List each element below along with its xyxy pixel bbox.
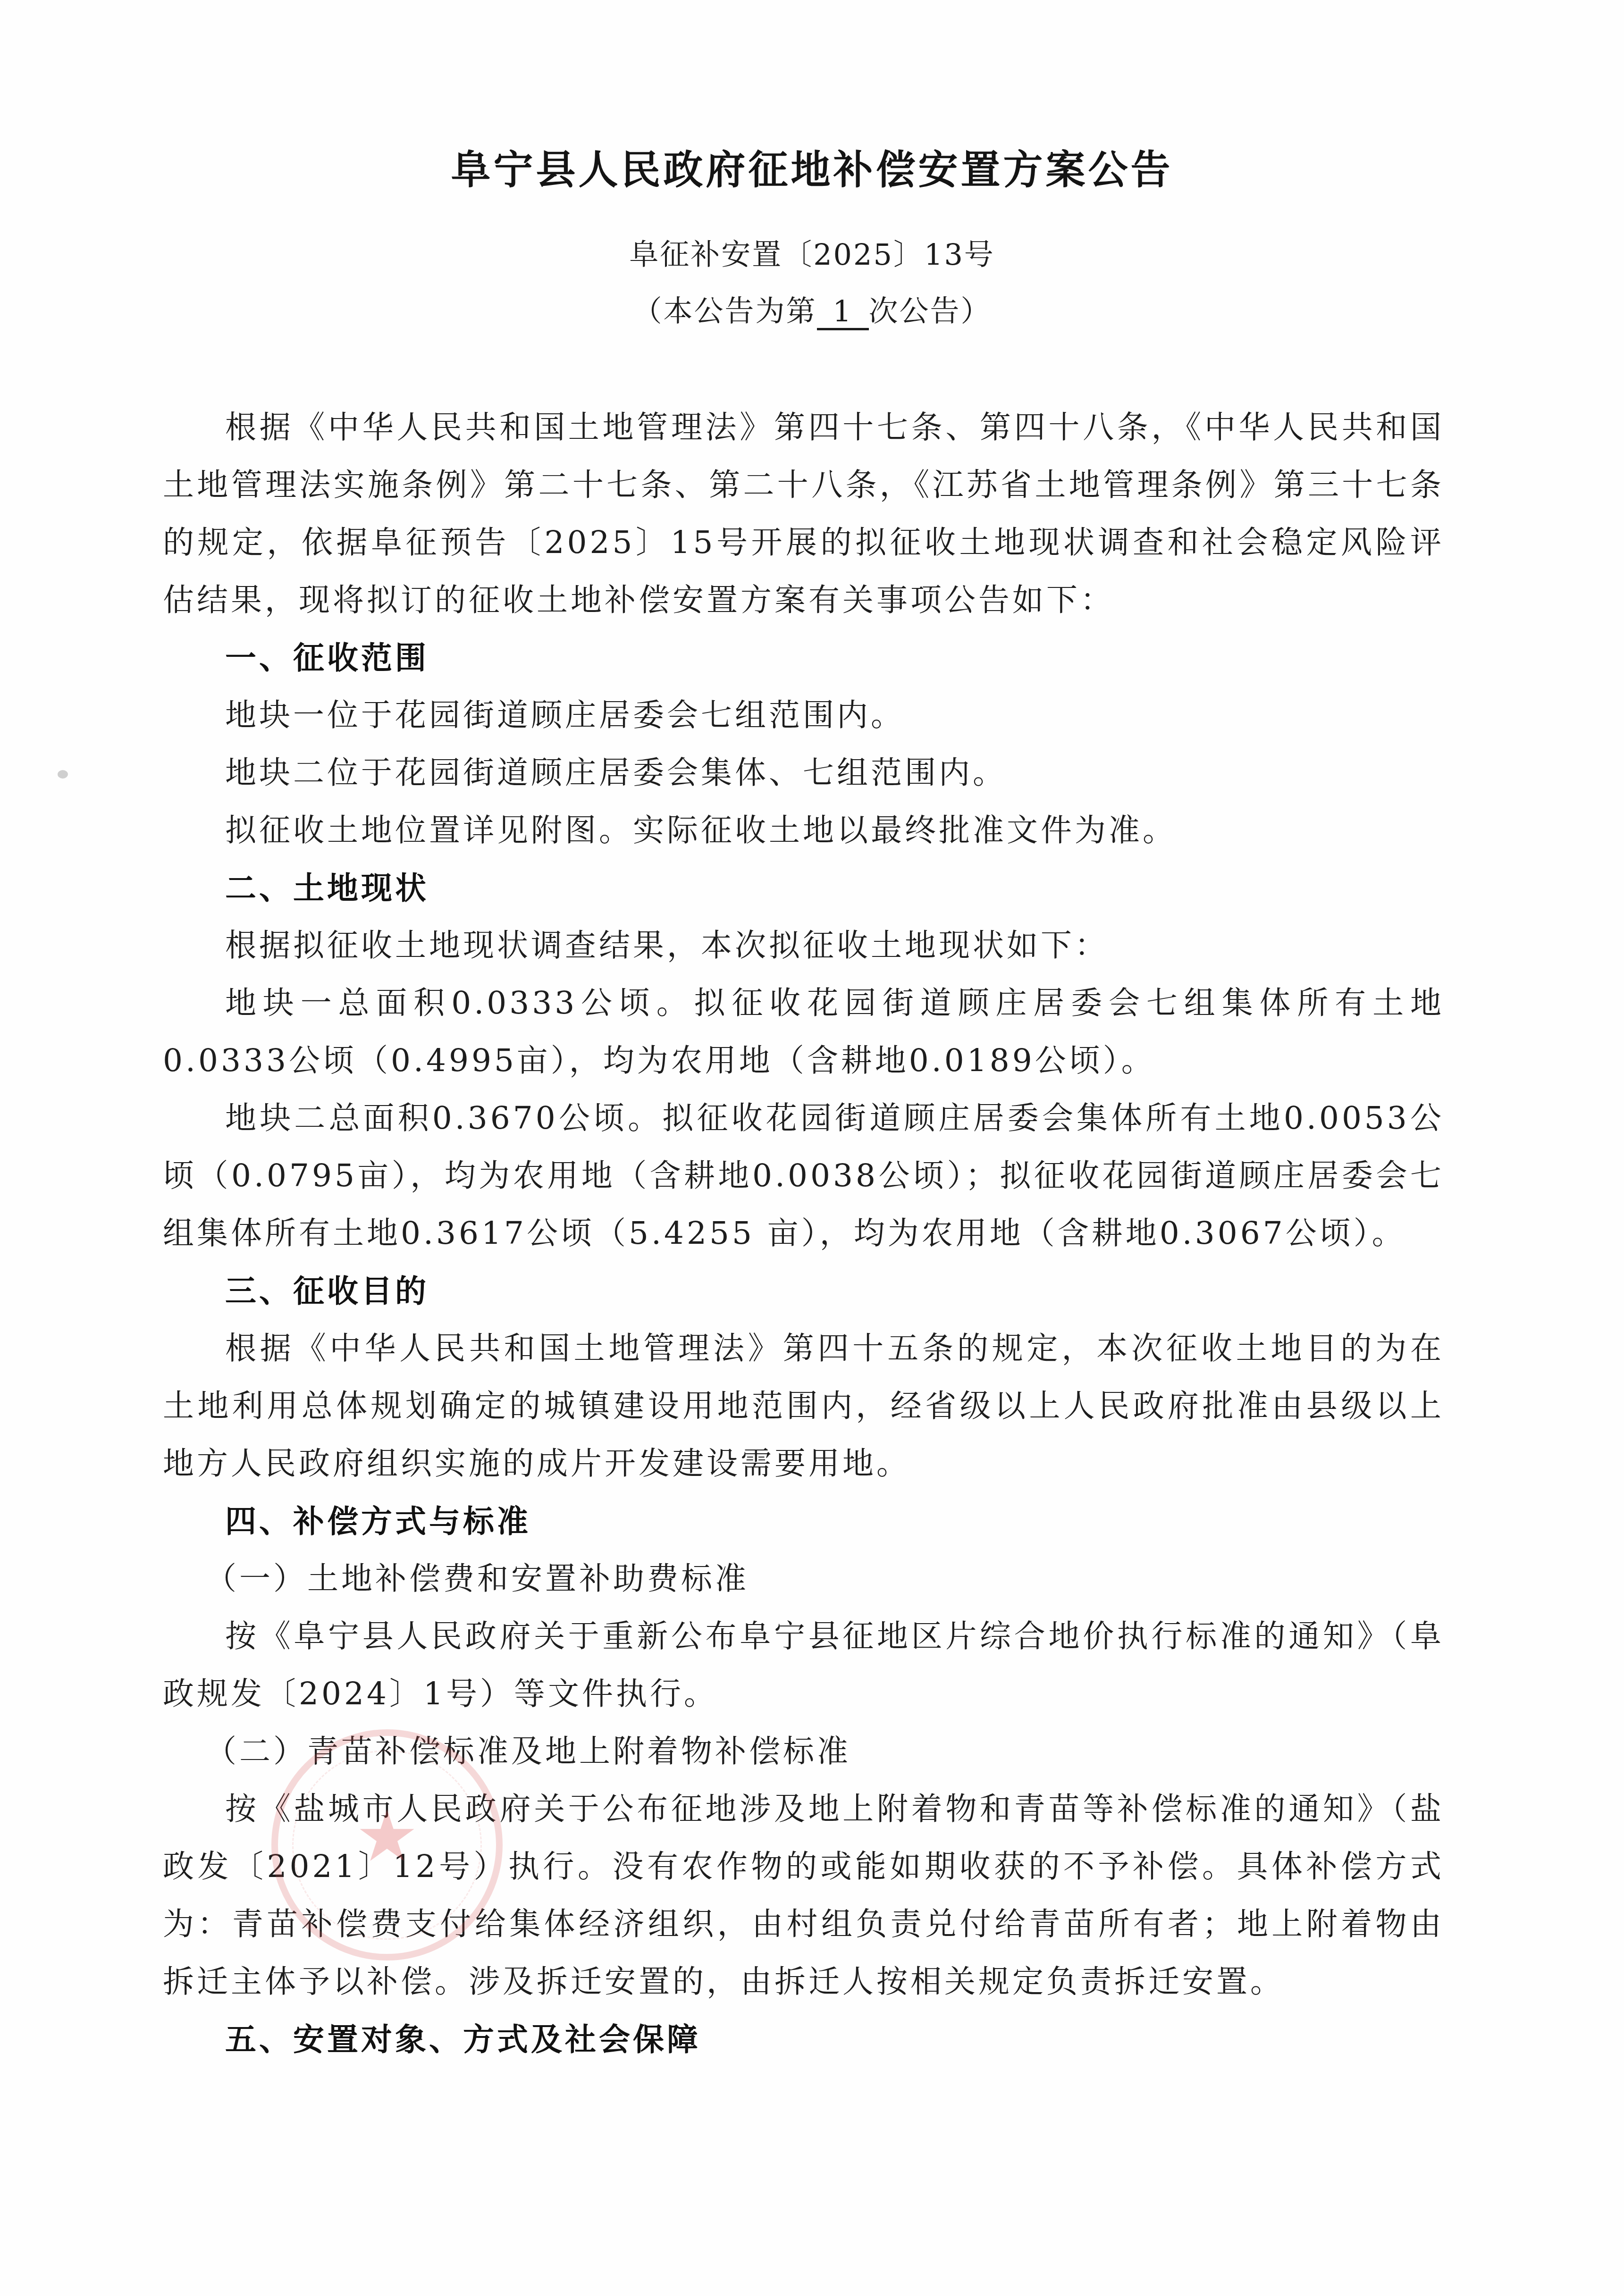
document-number: 阜征补安置〔2025〕13号 xyxy=(0,234,1624,276)
paragraph: 地块一位于花园街道顾庄居委会七组范围内。 xyxy=(163,687,1444,744)
round-number: 1 xyxy=(817,295,869,330)
paragraph: 按《阜宁县人民政府关于重新公布阜宁县征地区片综合地价执行标准的通知》（阜政规发〔… xyxy=(163,1608,1444,1723)
scanned-page: 阜宁县人民政府征地补偿安置方案公告 阜征补安置〔2025〕13号 （本公告为第1… xyxy=(0,0,1624,2296)
paragraph: 根据《中华人民共和国土地管理法》第四十五条的规定，本次征收土地目的为在土地利用总… xyxy=(163,1320,1444,1492)
paragraph: 根据拟征收土地现状调查结果，本次拟征收土地现状如下： xyxy=(163,917,1444,974)
paragraph: 地块一总面积0.0333公顷。拟征收花园街道顾庄居委会七组集体所有土地0.033… xyxy=(163,974,1444,1089)
section-heading-scope: 一、征收范围 xyxy=(163,629,1444,687)
scan-speck xyxy=(58,770,68,779)
subsection-heading-crops-attachments: （二）青苗补偿标准及地上附着物补偿标准 xyxy=(163,1723,1444,1780)
intro-paragraph: 根据《中华人民共和国土地管理法》第四十七条、第四十八条，《中华人民共和国土地管理… xyxy=(163,399,1444,629)
page-title: 阜宁县人民政府征地补偿安置方案公告 xyxy=(0,142,1624,198)
subsection-heading-land-fee: （一）土地补偿费和安置补助费标准 xyxy=(163,1550,1444,1608)
paragraph: 按《盐城市人民政府关于公布征地涉及地上附着物和青苗等补偿标准的通知》（盐政发〔2… xyxy=(163,1780,1444,2011)
round-note-suffix: 次公告） xyxy=(869,294,992,328)
section-heading-resettlement: 五、安置对象、方式及社会保障 xyxy=(163,2011,1444,2068)
paragraph: 地块二位于花园街道顾庄居委会集体、七组范围内。 xyxy=(163,744,1444,802)
section-heading-land-status: 二、土地现状 xyxy=(163,859,1444,917)
round-note-prefix: （本公告为第 xyxy=(632,294,816,328)
announcement-round-note: （本公告为第1次公告） xyxy=(0,290,1624,333)
paragraph: 拟征收土地位置详见附图。实际征收土地以最终批准文件为准。 xyxy=(163,802,1444,859)
paragraph: 地块二总面积0.3670公顷。拟征收花园街道顾庄居委会集体所有土地0.0053公… xyxy=(163,1089,1444,1262)
section-heading-purpose: 三、征收目的 xyxy=(163,1262,1444,1320)
section-heading-compensation: 四、补偿方式与标准 xyxy=(163,1492,1444,1550)
document-body: 根据《中华人民共和国土地管理法》第四十七条、第四十八条，《中华人民共和国土地管理… xyxy=(163,399,1444,2068)
